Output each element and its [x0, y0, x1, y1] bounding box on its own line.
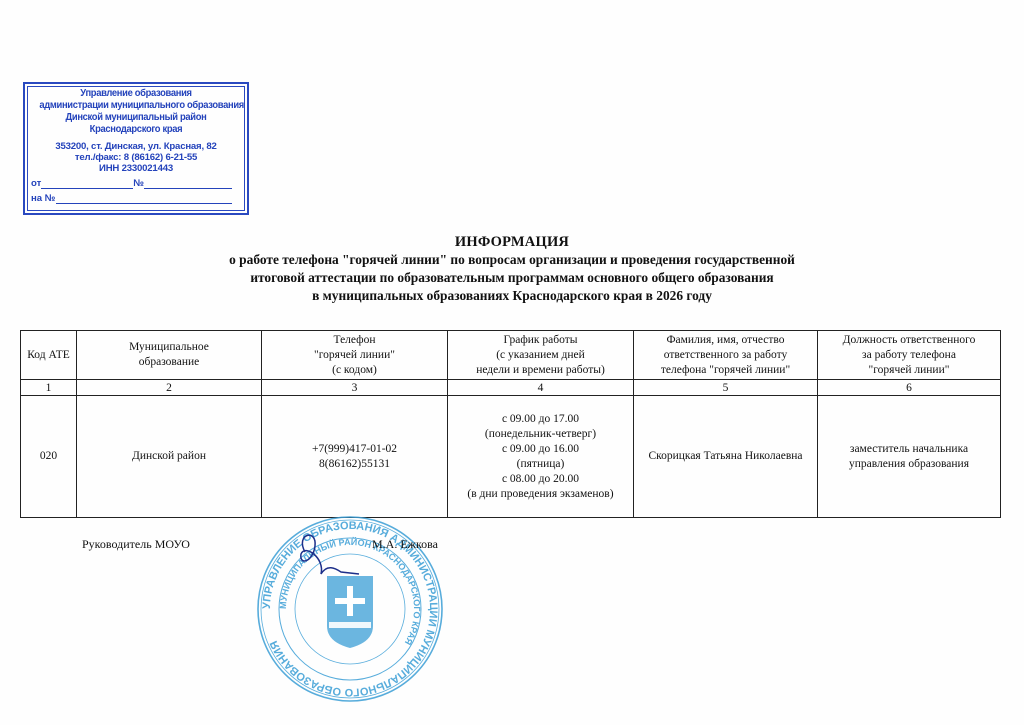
phone-number: 8(86162)55131: [264, 457, 445, 472]
cell-position: заместитель начальника управления образо…: [818, 396, 1001, 518]
header-text: График работы: [450, 333, 631, 348]
document-heading: ИНФОРМАЦИЯ о работе телефона "горячей ли…: [0, 233, 1024, 305]
header-code: Код АТЕ: [21, 331, 77, 380]
table-row: 020 Динской район +7(999)417-01-02 8(861…: [21, 396, 1001, 518]
header-position: Должность ответственного за работу телеф…: [818, 331, 1001, 380]
stamp-organization: Управление образования администрации мун…: [39, 88, 232, 136]
stamp-date-number-line: от №: [31, 178, 241, 189]
schedule-line: с 09.00 до 17.00: [450, 412, 631, 427]
hotline-info-table: Код АТЕ Муниципальное образование Телефо…: [20, 330, 1001, 518]
column-number: 3: [262, 380, 448, 396]
column-number: 1: [21, 380, 77, 396]
phone-number: +7(999)417-01-02: [264, 442, 445, 457]
schedule-line: с 09.00 до 16.00: [450, 442, 631, 457]
stamp-address-line: 353200, ст. Динская, ул. Красная, 82: [31, 141, 241, 152]
header-text: Телефон: [264, 333, 445, 348]
table-header-row: Код АТЕ Муниципальное образование Телефо…: [21, 331, 1001, 380]
stamp-address: 353200, ст. Динская, ул. Красная, 82 тел…: [31, 141, 241, 174]
header-text: (с указанием дней: [450, 348, 631, 363]
column-number: 4: [448, 380, 634, 396]
header-text: телефона "горячей линии": [636, 363, 815, 378]
position-line: управления образования: [820, 457, 998, 472]
header-text: Фамилия, имя, отчество: [636, 333, 815, 348]
stamp-org-line: Управление образования: [39, 88, 232, 100]
header-text: "горячей линии": [264, 348, 445, 363]
cell-phones: +7(999)417-01-02 8(86162)55131: [262, 396, 448, 518]
heading-line: в муниципальных образованиях Краснодарск…: [0, 287, 1024, 305]
schedule-line: (в дни проведения экзаменов): [450, 487, 631, 502]
registration-stamp: Управление образования администрации мун…: [23, 82, 249, 215]
header-text: Должность ответственного: [820, 333, 998, 348]
schedule-line: (пятница): [450, 457, 631, 472]
stamp-number-blank: [144, 179, 232, 189]
header-text: (с кодом): [264, 363, 445, 378]
stamp-inn-line: ИНН 2330021443: [31, 163, 241, 174]
header-text: образование: [79, 355, 259, 370]
heading-line: о работе телефона "горячей линии" по воп…: [0, 251, 1024, 269]
header-text: Код АТЕ: [23, 348, 74, 363]
heading-line: итоговой аттестации по образовательным п…: [0, 269, 1024, 287]
column-number: 2: [77, 380, 262, 396]
signatory-role: Руководитель МОУО: [82, 537, 190, 552]
cell-code: 020: [21, 396, 77, 518]
header-text: недели и времени работы): [450, 363, 631, 378]
stamp-org-line: Краснодарского края: [39, 124, 232, 136]
document-title: ИНФОРМАЦИЯ: [0, 233, 1024, 251]
document-page: Управление образования администрации мун…: [0, 0, 1024, 725]
stamp-reply-line: на №: [31, 193, 241, 204]
header-text: за работу телефона: [820, 348, 998, 363]
cell-municipality: Динской район: [77, 396, 262, 518]
header-municipality: Муниципальное образование: [77, 331, 262, 380]
column-number: 5: [634, 380, 818, 396]
header-schedule: График работы (с указанием дней недели и…: [448, 331, 634, 380]
stamp-from-label: от: [31, 178, 41, 189]
header-responsible: Фамилия, имя, отчество ответственного за…: [634, 331, 818, 380]
stamp-date-blank: [41, 179, 133, 189]
header-phone: Телефон "горячей линии" (с кодом): [262, 331, 448, 380]
header-text: Муниципальное: [79, 340, 259, 355]
stamp-org-line: Динской муниципальный район: [39, 112, 232, 124]
stamp-phone-line: тел./факс: 8 (86162) 6-21-55: [31, 152, 241, 163]
stamp-reply-blank: [56, 194, 232, 204]
stamp-number-label: №: [133, 178, 144, 189]
header-text: ответственного за работу: [636, 348, 815, 363]
stamp-org-line: администрации муниципального образования: [39, 100, 232, 112]
column-number: 6: [818, 380, 1001, 396]
position-line: заместитель начальника: [820, 442, 998, 457]
schedule-line: с 08.00 до 20.00: [450, 472, 631, 487]
schedule-line: (понедельник-четверг): [450, 427, 631, 442]
cell-responsible: Скорицкая Татьяна Николаевна: [634, 396, 818, 518]
stamp-reply-label: на №: [31, 193, 56, 204]
cell-schedule: с 09.00 до 17.00 (понедельник-четверг) с…: [448, 396, 634, 518]
header-text: "горячей линии": [820, 363, 998, 378]
signatory-name: М.А. Ежкова: [372, 537, 438, 552]
column-number-row: 1 2 3 4 5 6: [21, 380, 1001, 396]
